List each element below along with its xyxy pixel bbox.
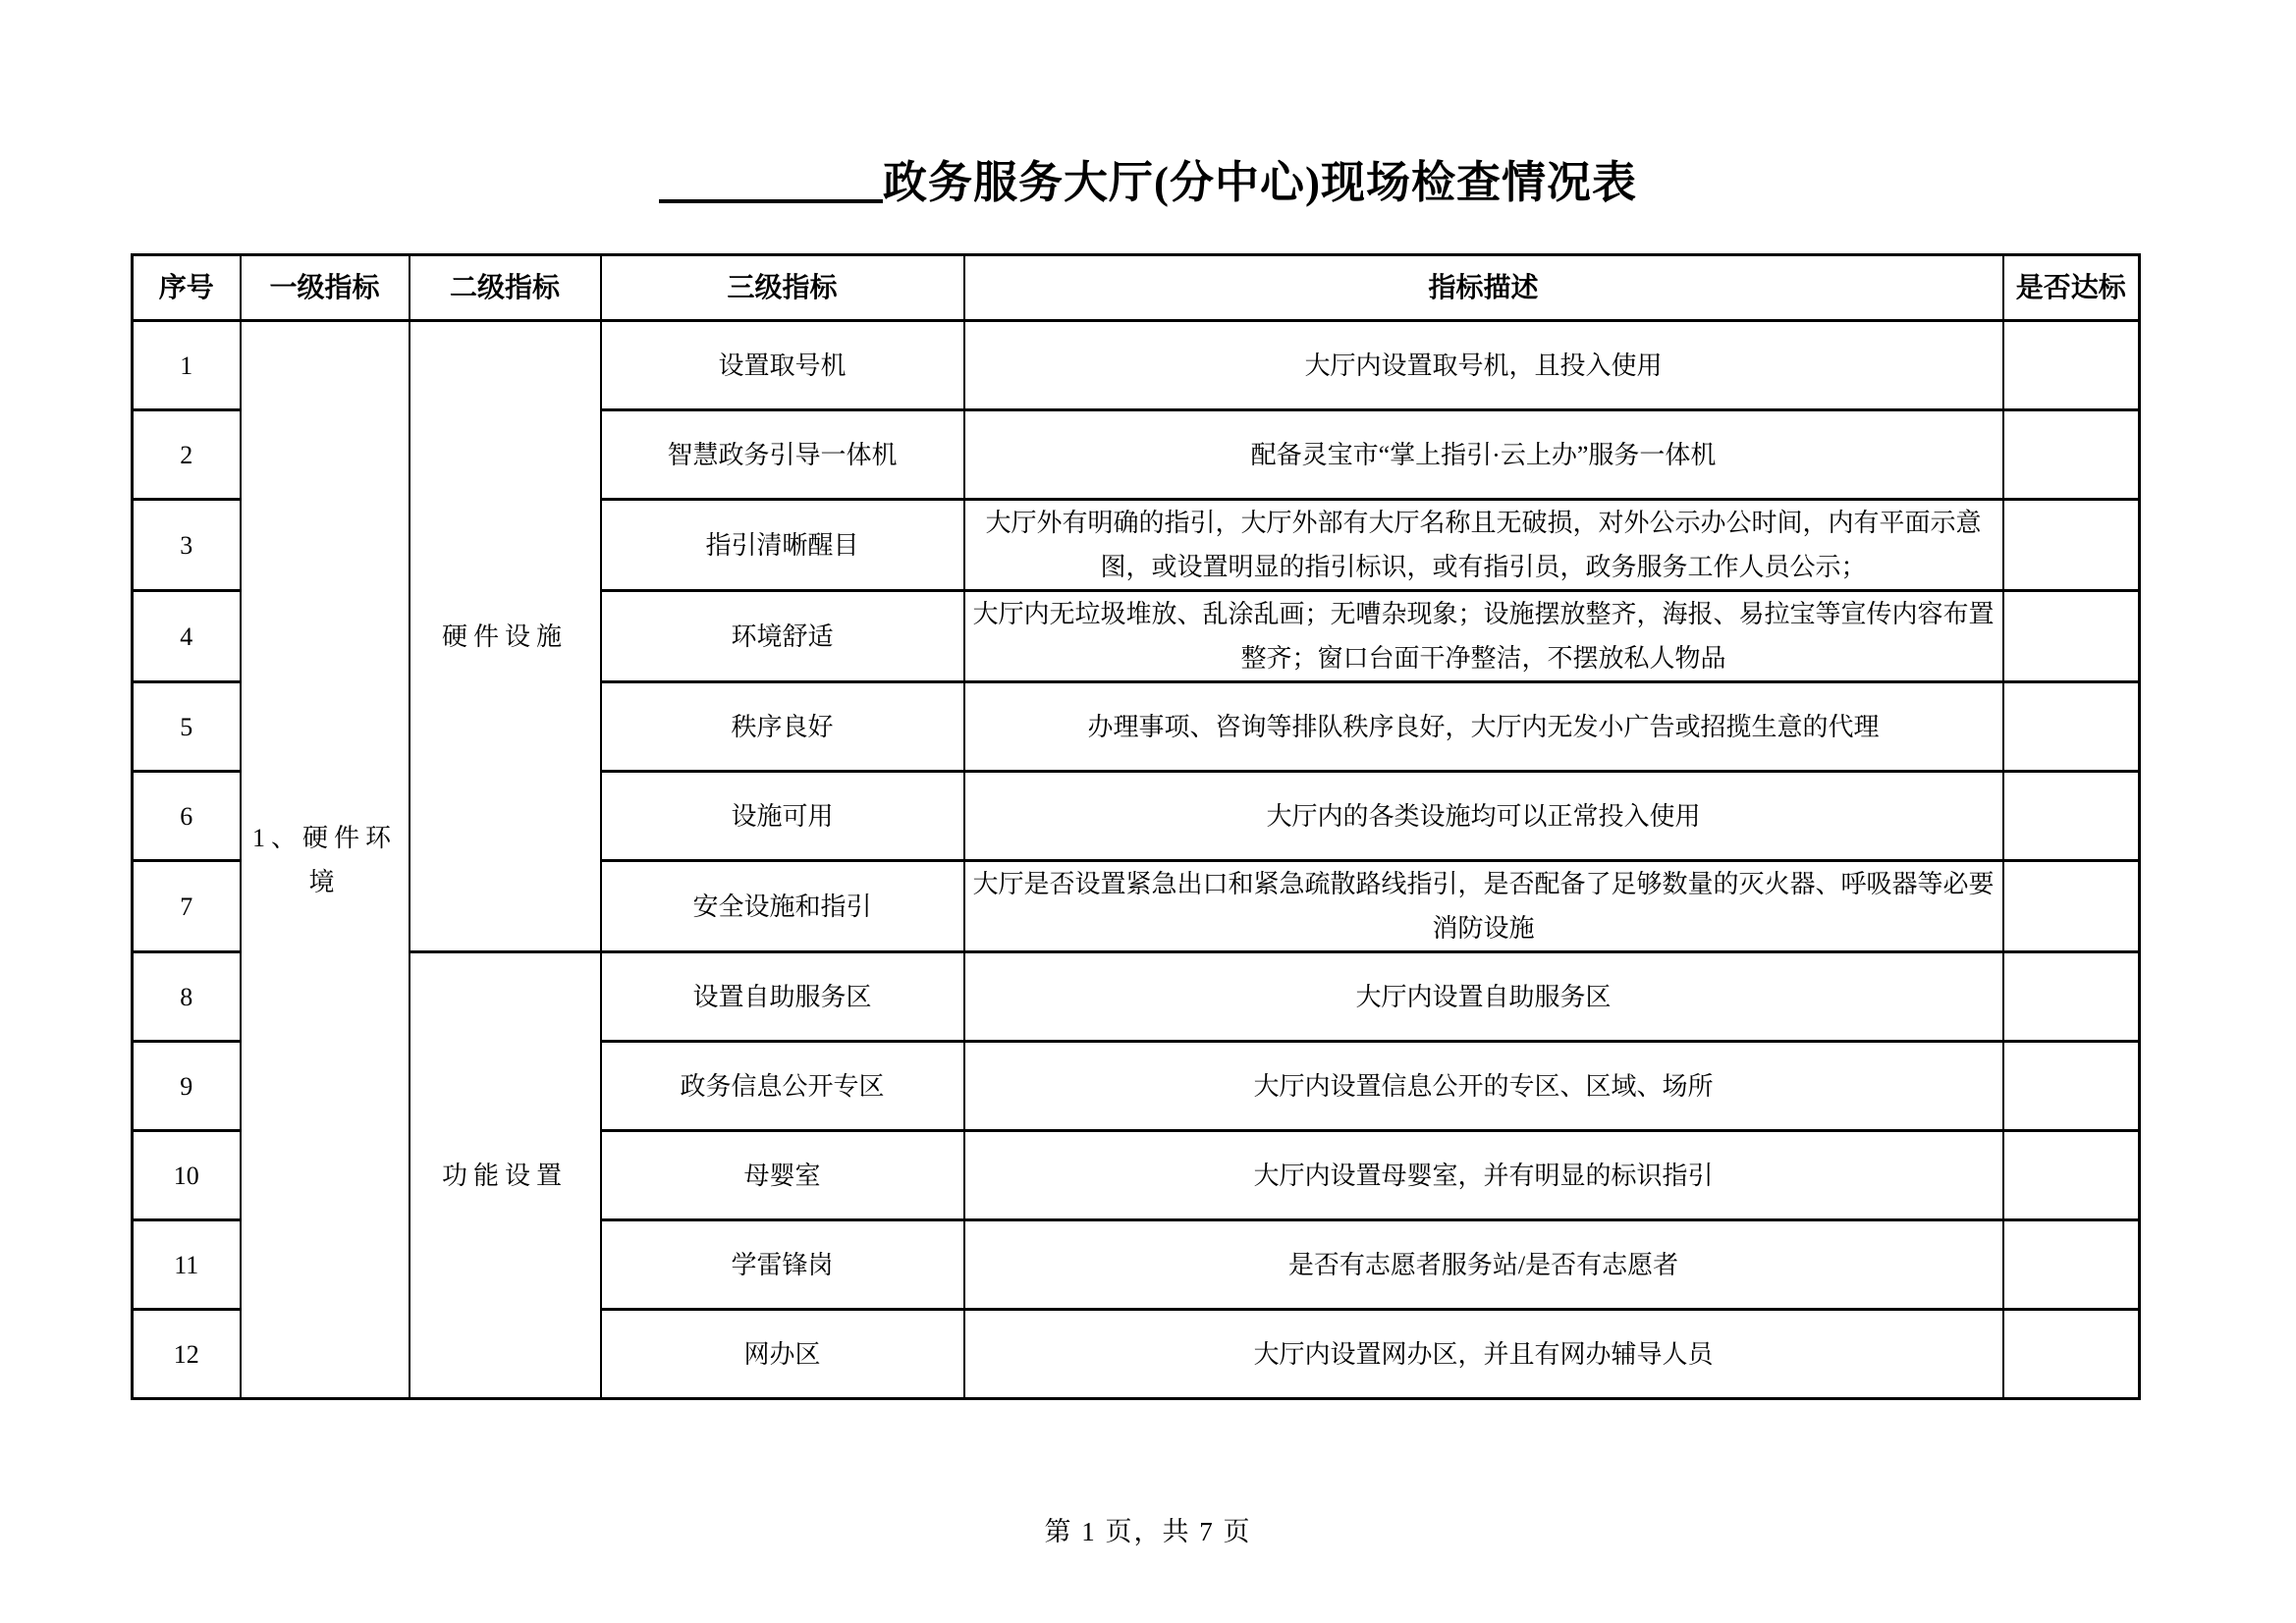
met-standard-cell	[2003, 410, 2140, 500]
row-number-cell: 2	[133, 410, 241, 500]
indicator-description-cell: 大厅内设置母婴室，并有明显的标识指引	[964, 1131, 2003, 1220]
indicator-description-cell: 大厅内设置网办区，并且有网办辅导人员	[964, 1310, 2003, 1399]
row-number-cell: 4	[133, 591, 241, 682]
col-header-level3: 三级指标	[601, 255, 964, 321]
met-standard-cell	[2003, 1131, 2140, 1220]
row-number-cell: 11	[133, 1220, 241, 1310]
level3-indicator-cell: 智慧政务引导一体机	[601, 410, 964, 500]
table-row: 8 功能设置 设置自助服务区 大厅内设置自助服务区	[133, 952, 2140, 1042]
level3-indicator-cell: 秩序良好	[601, 682, 964, 772]
level3-indicator-cell: 设施可用	[601, 772, 964, 861]
indicator-description-cell: 大厅内设置信息公开的专区、区域、场所	[964, 1042, 2003, 1131]
level3-indicator-cell: 学雷锋岗	[601, 1220, 964, 1310]
title-blank-line	[659, 199, 883, 203]
indicator-description-cell: 是否有志愿者服务站/是否有志愿者	[964, 1220, 2003, 1310]
level3-indicator-cell: 母婴室	[601, 1131, 964, 1220]
met-standard-cell	[2003, 1310, 2140, 1399]
row-number-cell: 5	[133, 682, 241, 772]
document-title-row: 政务服务大厅(分中心)现场检查情况表	[0, 0, 2296, 210]
level2-group-cell-function: 功能设置	[410, 952, 601, 1399]
indicator-description-cell: 配备灵宝市“掌上指引·云上办”服务一体机	[964, 410, 2003, 500]
col-header-description: 指标描述	[964, 255, 2003, 321]
met-standard-cell	[2003, 591, 2140, 682]
indicator-description-cell: 大厅内设置取号机，且投入使用	[964, 321, 2003, 410]
level2-group-cell-hardware: 硬件设施	[410, 321, 601, 952]
indicator-description-cell: 大厅内设置自助服务区	[964, 952, 2003, 1042]
row-number-cell: 9	[133, 1042, 241, 1131]
indicator-description-cell: 大厅是否设置紧急出口和紧急疏散路线指引，是否配备了足够数量的灭火器、呼吸器等必要…	[964, 861, 2003, 952]
col-header-level2: 二级指标	[410, 255, 601, 321]
row-number-cell: 3	[133, 500, 241, 591]
row-number-cell: 6	[133, 772, 241, 861]
inspection-table: 序号 一级指标 二级指标 三级指标 指标描述 是否达标 1 1、硬件环境 硬件设…	[131, 253, 2141, 1400]
level3-indicator-cell: 设置自助服务区	[601, 952, 964, 1042]
table-row: 1 1、硬件环境 硬件设施 设置取号机 大厅内设置取号机，且投入使用	[133, 321, 2140, 410]
met-standard-cell	[2003, 772, 2140, 861]
col-header-met: 是否达标	[2003, 255, 2140, 321]
met-standard-cell	[2003, 321, 2140, 410]
page-title: 政务服务大厅(分中心)现场检查情况表	[883, 155, 1637, 210]
met-standard-cell	[2003, 682, 2140, 772]
row-number-cell: 8	[133, 952, 241, 1042]
col-header-level1: 一级指标	[241, 255, 410, 321]
level3-indicator-cell: 指引清晰醒目	[601, 500, 964, 591]
row-number-cell: 1	[133, 321, 241, 410]
level3-indicator-cell: 设置取号机	[601, 321, 964, 410]
met-standard-cell	[2003, 861, 2140, 952]
page-number-footer: 第 1 页，共 7 页	[0, 1510, 2296, 1548]
header-row: 序号 一级指标 二级指标 三级指标 指标描述 是否达标	[133, 255, 2140, 321]
indicator-description-cell: 办理事项、咨询等排队秩序良好，大厅内无发小广告或招揽生意的代理	[964, 682, 2003, 772]
met-standard-cell	[2003, 1042, 2140, 1131]
row-number-cell: 7	[133, 861, 241, 952]
level3-indicator-cell: 网办区	[601, 1310, 964, 1399]
document-page: 政务服务大厅(分中心)现场检查情况表 序号 一级指标 二级指标 三级指标 指标描…	[0, 0, 2296, 1623]
level3-indicator-cell: 安全设施和指引	[601, 861, 964, 952]
met-standard-cell	[2003, 500, 2140, 591]
indicator-description-cell: 大厅内的各类设施均可以正常投入使用	[964, 772, 2003, 861]
row-number-cell: 10	[133, 1131, 241, 1220]
level3-indicator-cell: 环境舒适	[601, 591, 964, 682]
indicator-description-cell: 大厅内无垃圾堆放、乱涂乱画；无嘈杂现象；设施摆放整齐，海报、易拉宝等宣传内容布置…	[964, 591, 2003, 682]
row-number-cell: 12	[133, 1310, 241, 1399]
met-standard-cell	[2003, 1220, 2140, 1310]
level1-indicator-cell: 1、硬件环境	[241, 321, 410, 1399]
met-standard-cell	[2003, 952, 2140, 1042]
col-header-no: 序号	[133, 255, 241, 321]
level3-indicator-cell: 政务信息公开专区	[601, 1042, 964, 1131]
indicator-description-cell: 大厅外有明确的指引，大厅外部有大厅名称且无破损，对外公示办公时间，内有平面示意图…	[964, 500, 2003, 591]
